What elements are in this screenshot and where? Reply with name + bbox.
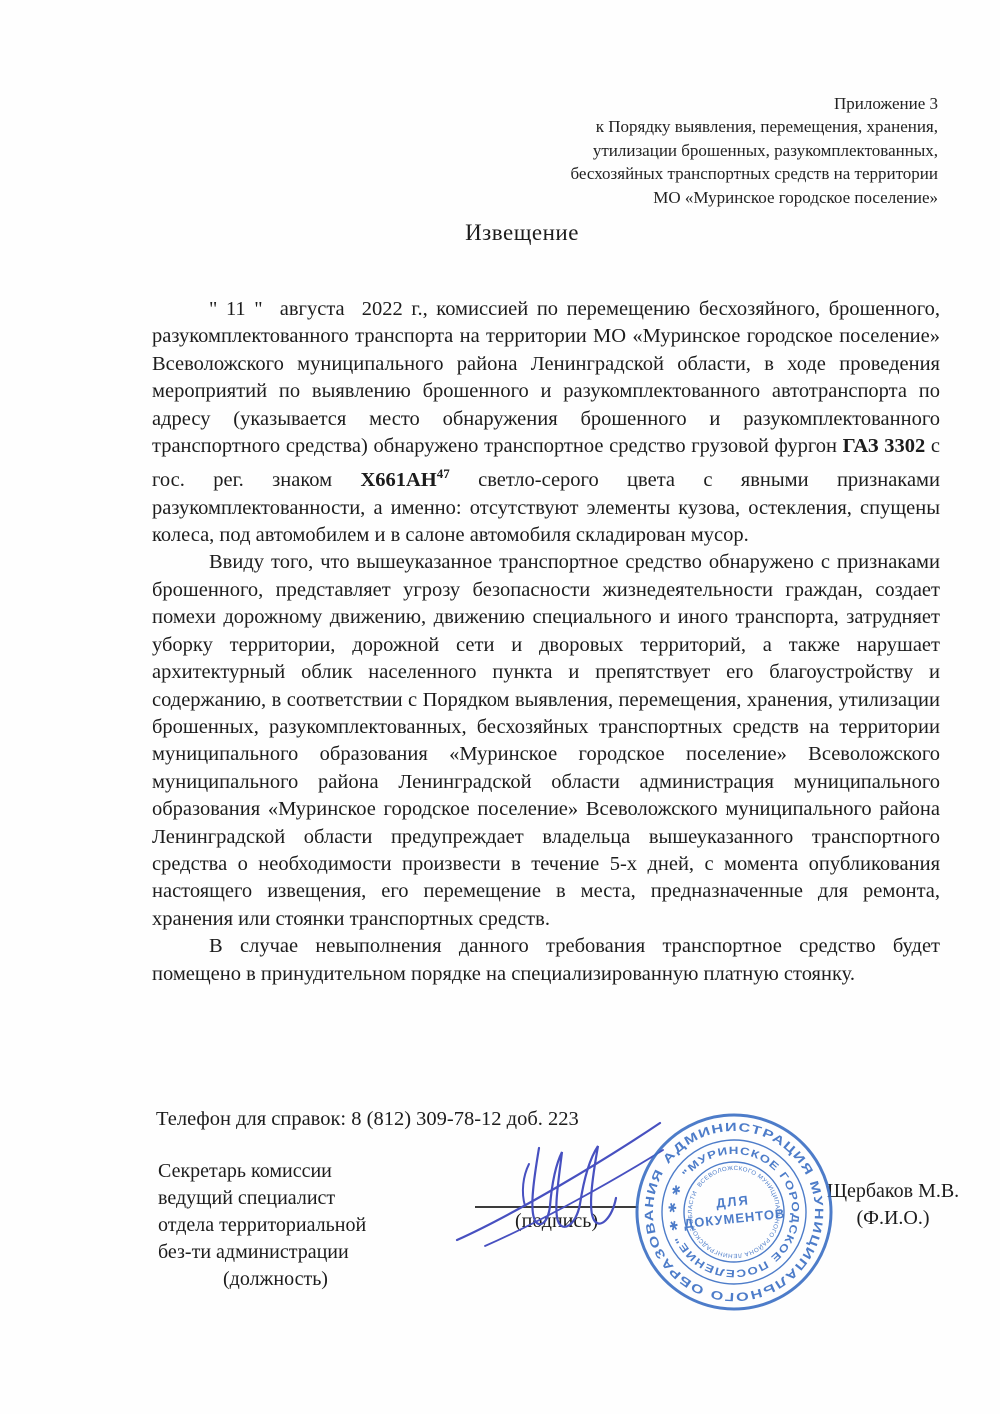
position-line: ведущий специалист	[158, 1185, 393, 1212]
paragraph-1: " 11 " августа 2022 г., комиссией по пер…	[152, 296, 940, 549]
paragraph-3: В случае невыполнения данного требования…	[152, 933, 940, 988]
header-line: бесхозяйных транспортных средств на терр…	[570, 162, 938, 185]
document-page: Приложение 3 к Порядку выявления, переме…	[0, 0, 1000, 1414]
stamp-center-text-line1: ДЛЯ	[715, 1192, 750, 1210]
paragraph-1-text: " 11 " августа 2022 г., комиссией по пер…	[152, 298, 940, 457]
document-body: " 11 " августа 2022 г., комиссией по пер…	[152, 296, 940, 988]
header-line: утилизации брошенных, разукомплектованны…	[570, 139, 938, 162]
paragraph-2: Ввиду того, что вышеуказанное транспортн…	[152, 549, 940, 933]
official-round-stamp: АДМИНИСТРАЦИЯ МУНИЦИПАЛЬНОГО ОБРАЗОВАНИЯ…	[620, 1098, 848, 1326]
registration-number: Х661АН	[360, 469, 436, 491]
page-title: Извещение	[152, 220, 892, 246]
position-line: без-ти администрации	[158, 1239, 393, 1266]
registration-region-superscript: 47	[437, 466, 450, 481]
signature-stroke	[523, 1164, 529, 1206]
header-line: МО «Муринское городское поселение»	[570, 186, 938, 209]
header-line: Приложение 3	[570, 92, 938, 115]
appendix-header: Приложение 3 к Порядку выявления, переме…	[570, 92, 938, 209]
position-caption: (должность)	[158, 1266, 393, 1293]
vehicle-model: ГАЗ 3302	[843, 435, 926, 457]
position-line: отдела территориальной	[158, 1212, 393, 1239]
signer-position-block: Секретарь комиссии ведущий специалист от…	[158, 1158, 393, 1293]
stamp-center-text-line2: ДОКУМЕНТОВ	[683, 1206, 786, 1232]
header-line: к Порядку выявления, перемещения, хранен…	[570, 115, 938, 138]
position-line: Секретарь комиссии	[158, 1158, 393, 1185]
